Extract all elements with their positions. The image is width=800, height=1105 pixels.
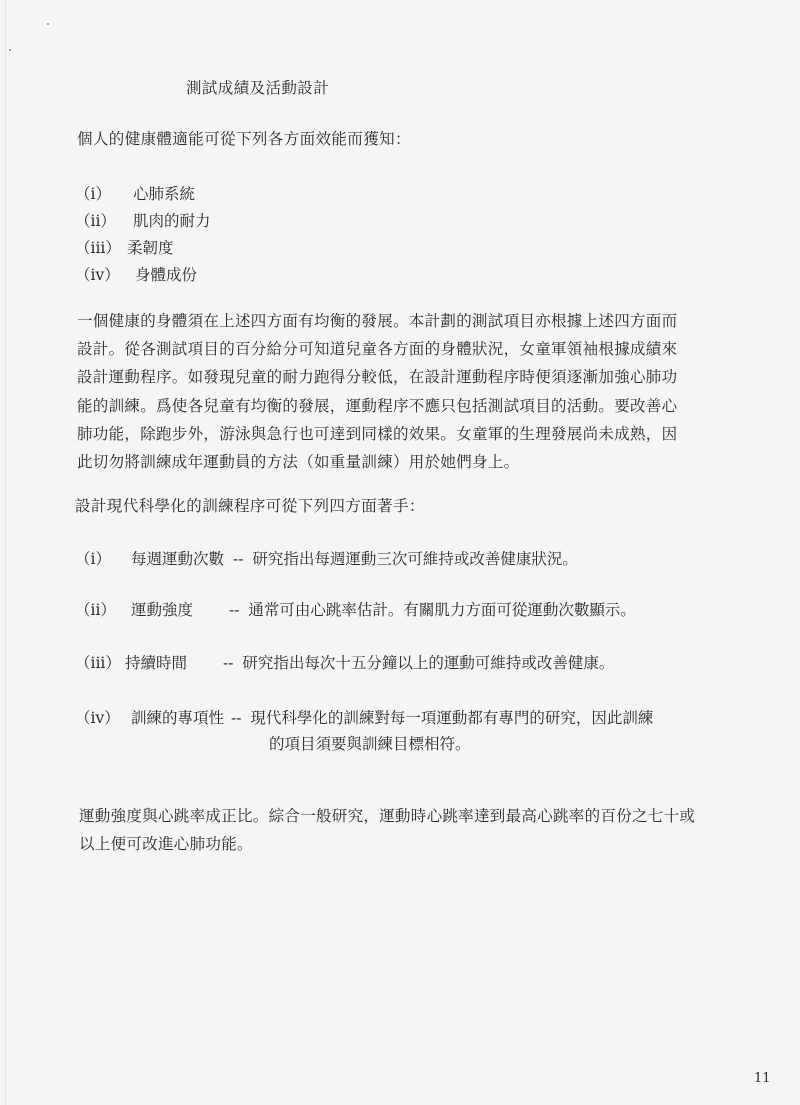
- paragraph-balanced-development: 一個健康的身體須在上述四方面有均衡的發展。本計劃的測試項目亦根據上述四方面而 設…: [77, 307, 767, 476]
- item-number: （iii）: [75, 651, 125, 673]
- item-label: 身體成份: [135, 266, 197, 284]
- intro-sentence: 個人的健康體適能可從下列各方面效能而獲知：: [77, 127, 411, 149]
- page-title: 測試成績及活動設計: [186, 76, 329, 98]
- paragraph-line: 能的訓練。爲使各兒童有均衡的發展，運動程序不應只包括測試項目的活動。要改善心: [77, 392, 767, 420]
- item-number: （iv）: [75, 706, 131, 728]
- item-number: （iii）: [75, 236, 127, 258]
- principle-description-continued: 的項目須要與訓練目標相符。: [269, 732, 471, 754]
- paragraph-line: 一個健康的身體須在上述四方面有均衡的發展。本計劃的測試項目亦根據上述四方面而: [77, 307, 767, 335]
- item-number: （ii）: [75, 598, 131, 620]
- item-number: （i）: [75, 182, 133, 204]
- paragraph-line: 此切勿將訓練成年運動員的方法（如重量訓練）用於她們身上。: [77, 448, 767, 476]
- separator: --: [229, 601, 239, 619]
- item-label: 柔韌度: [127, 239, 174, 257]
- paragraph-heart-rate: 運動強度與心跳率成正比。綜合一般研究，運動時心跳率達到最高心跳率的百份之七十或 …: [79, 802, 769, 858]
- item-label: 心肺系統: [133, 185, 195, 203]
- component-item: （iv）身體成份: [75, 263, 197, 285]
- separator: --: [231, 709, 241, 727]
- principle-description: 現代科學化的訓練對每一項運動都有專門的研究，因此訓練: [250, 706, 653, 728]
- paragraph-line: 設計。從各測試項目的百分給分可知道兒童各方面的身體狀況，女童軍領袖根據成績來: [77, 335, 767, 363]
- scan-speck: [47, 23, 49, 25]
- item-number: （i）: [75, 547, 131, 569]
- principle-item: （i）每週運動次數 -- 研究指出每週運動三次可維持或改善健康狀況。: [75, 547, 578, 569]
- principle-description: 研究指出每週運動三次可維持或改善健康狀況。: [252, 547, 578, 569]
- item-label: 肌肉的耐力: [133, 212, 211, 230]
- principle-item: （iv）訓練的專項性 -- 現代科學化的訓練對每一項運動都有專門的研究，因此訓練: [75, 706, 653, 728]
- principle-item: （ii）運動強度-- 通常可由心跳率估計。有關肌力方面可從運動次數顯示。: [75, 598, 636, 620]
- separator: --: [233, 550, 243, 568]
- separator: --: [223, 654, 233, 672]
- principle-term: 持續時間: [125, 651, 223, 673]
- principle-term: 每週運動次數: [131, 547, 224, 569]
- principle-description: 研究指出每次十五分鐘以上的運動可維持或改善健康。: [242, 651, 614, 673]
- page-number: 11: [754, 1071, 771, 1086]
- principle-description: 通常可由心跳率估計。有關肌力方面可從運動次數顯示。: [248, 598, 636, 620]
- paragraph-line: 設計運動程序。如發現兒童的耐力跑得分較低，在設計運動程序時便須逐漸加強心肺功: [77, 363, 767, 391]
- training-intro: 設計現代科學化的訓練程序可從下列四方面著手：: [75, 494, 425, 516]
- component-item: （iii）柔韌度: [75, 236, 174, 258]
- scan-speck: [9, 49, 11, 51]
- paragraph-line: 肺功能，除跑步外，游泳與急行也可達到同樣的效果。女童軍的生理發展尚未成熟，因: [77, 420, 767, 448]
- principle-term: 運動強度: [131, 598, 229, 620]
- principle-term: 訓練的專項性: [131, 706, 224, 728]
- component-item: （ii）肌肉的耐力: [75, 209, 211, 231]
- component-item: （i）心肺系統: [75, 182, 195, 204]
- paragraph-line: 運動強度與心跳率成正比。綜合一般研究，運動時心跳率達到最高心跳率的百份之七十或: [79, 802, 769, 830]
- item-number: （ii）: [75, 209, 133, 231]
- scan-edge-line: [5, 0, 6, 1105]
- item-number: （iv）: [75, 263, 135, 285]
- principle-item: （iii）持續時間-- 研究指出每次十五分鐘以上的運動可維持或改善健康。: [75, 651, 614, 673]
- document-page: 測試成績及活動設計 個人的健康體適能可從下列各方面效能而獲知： （i）心肺系統 …: [0, 0, 800, 1105]
- paragraph-line: 以上便可改進心肺功能。: [79, 830, 769, 858]
